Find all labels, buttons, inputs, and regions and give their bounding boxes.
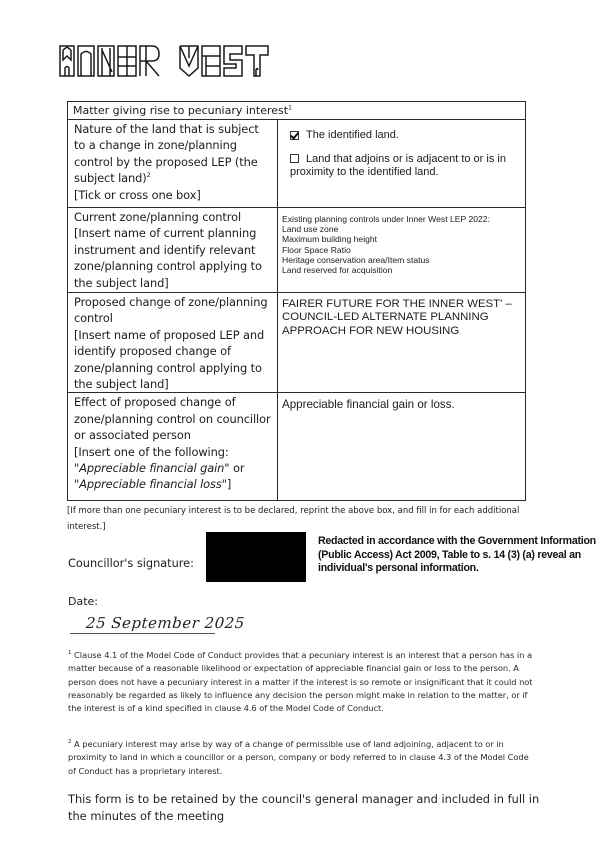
pecuniary-interest-table: Matter giving rise to pecuniary interest… (67, 101, 526, 501)
footnote-2: 2 A pecuniary interest may arise by way … (68, 738, 538, 778)
checkbox-checked-icon[interactable] (290, 131, 299, 140)
retention-notice: This form is to be retained by the counc… (68, 791, 548, 824)
multiple-interests-note: [If more than one pecuniary interest is … (67, 503, 537, 535)
footnote-ref: 1 (288, 104, 292, 111)
signature-label: Councillor's signature: (68, 557, 194, 570)
effect-label: Effect of proposed change of zone/planni… (68, 393, 278, 501)
date-underline (70, 633, 215, 634)
inner-west-logo (58, 42, 298, 82)
checkbox-empty-icon[interactable] (290, 154, 299, 163)
redacted-signature (206, 532, 306, 582)
option-identified-land[interactable]: The identified land. (282, 129, 521, 143)
option-adjoining-land[interactable]: Land that adjoins or is adjacent to or i… (282, 153, 521, 180)
nature-of-land-label: Nature of the land that is subject to a … (68, 120, 278, 208)
footnote-1: 1 Clause 4.1 of the Model Code of Conduc… (68, 649, 538, 715)
current-zone-value: Existing planning controls under Inner W… (278, 208, 526, 293)
table-row-current-zone: Current zone/planning control [Insert na… (68, 208, 526, 293)
proposed-change-value: FAIRER FUTURE FOR THE INNER WEST' – COUN… (278, 293, 526, 393)
redaction-notice: Redacted in accordance with the Governme… (318, 535, 605, 576)
table-header: Matter giving rise to pecuniary interest… (68, 102, 526, 120)
nature-of-land-options: The identified land. Land that adjoins o… (278, 120, 526, 208)
inner-west-logo-icon (58, 42, 298, 82)
effect-value: Appreciable financial gain or loss. (278, 393, 526, 501)
proposed-change-label: Proposed change of zone/planning control… (68, 293, 278, 393)
current-zone-label: Current zone/planning control [Insert na… (68, 208, 278, 293)
table-row-effect: Effect of proposed change of zone/planni… (68, 393, 526, 501)
date-value: 25 September 2025 (85, 614, 245, 632)
date-label: Date: (68, 595, 98, 608)
table-row-proposed-change: Proposed change of zone/planning control… (68, 293, 526, 393)
table-row-nature-of-land: Nature of the land that is subject to a … (68, 120, 526, 208)
